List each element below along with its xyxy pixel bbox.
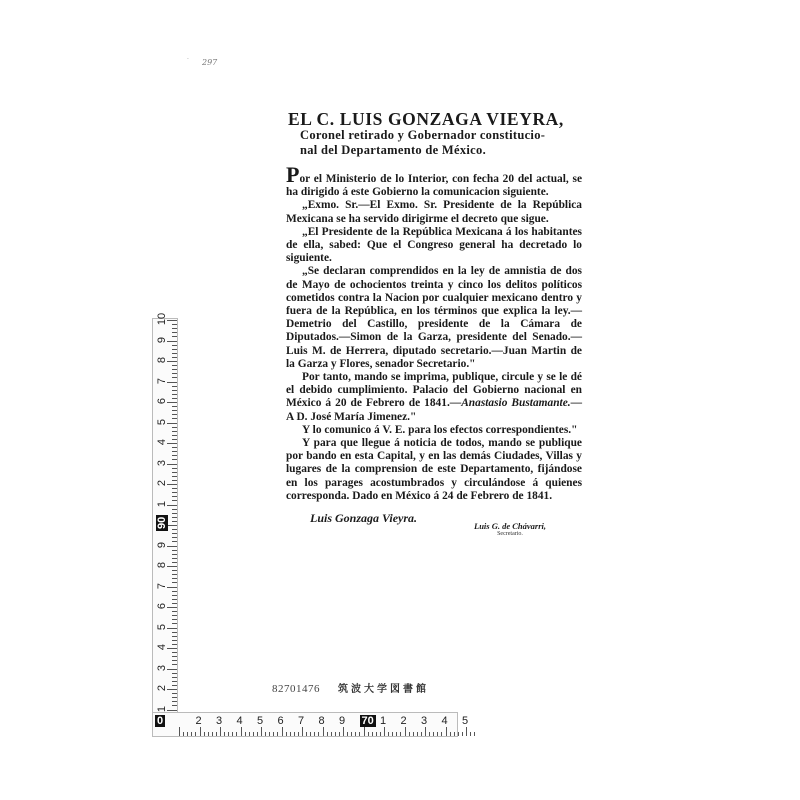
- secretary-signature: Luis G. de Chávarri, Secretario.: [474, 521, 546, 537]
- ruler-label: 8: [319, 715, 325, 727]
- ruler-tick: [191, 732, 192, 736]
- ruler-tick: [368, 732, 369, 736]
- ruler-tick: [388, 732, 389, 736]
- ruler-tick: [437, 732, 438, 736]
- paragraph: Por el Ministerio de lo Interior, con fe…: [286, 168, 582, 199]
- ruler-tick: [172, 500, 177, 501]
- ruler-tick: [172, 455, 177, 456]
- ruler-tick: [172, 439, 177, 440]
- ruler-tick: [376, 732, 377, 736]
- ruler-tick: [331, 732, 332, 736]
- ruler-label: 2: [156, 681, 168, 695]
- ruler-tick: [372, 732, 373, 736]
- ruler-tick: [172, 476, 177, 477]
- catalog-number: 82701476: [272, 683, 320, 695]
- paragraph: Y lo comunico á V. E. para los efectos c…: [286, 424, 582, 437]
- ruler-tick: [172, 562, 177, 563]
- ruler-tick: [172, 652, 177, 653]
- ruler-tick: [172, 332, 177, 333]
- ruler-tick: [339, 732, 340, 736]
- ruler-tick: [172, 414, 177, 415]
- ruler-tick: [172, 324, 177, 325]
- ruler-tick: [425, 727, 426, 736]
- ruler-tick: [433, 732, 434, 736]
- ruler-tick: [241, 727, 242, 736]
- ruler-tick: [327, 732, 328, 736]
- document-title: EL C. LUIS GONZAGA VIEYRA,: [288, 110, 582, 128]
- ruler-label: 6: [278, 715, 284, 727]
- ruler-label: 9: [156, 538, 168, 552]
- ruler-tick: [172, 570, 177, 571]
- ruler-tick: [172, 574, 177, 575]
- paragraph: „Se declaran comprendidos en la ley de a…: [286, 265, 582, 371]
- ruler-label: 3: [216, 715, 222, 727]
- ruler-tick: [172, 390, 177, 391]
- ruler-tick: [172, 447, 177, 448]
- ruler-tick: [187, 732, 188, 736]
- ruler-tick: [286, 732, 287, 736]
- ruler-tick: [253, 732, 254, 736]
- ruler-tick: [245, 732, 246, 736]
- ruler-tick: [208, 732, 209, 736]
- ruler-tick: [290, 732, 291, 736]
- decree-document: EL C. LUIS GONZAGA VIEYRA, Coronel retir…: [286, 110, 582, 551]
- paragraph: Y para que llegue á noticia de todos, ma…: [286, 437, 582, 503]
- president-name: Anastasio Bustamante.: [461, 397, 570, 409]
- ruler-tick: [172, 480, 177, 481]
- ruler-tick: [172, 623, 177, 624]
- paragraph: Por tanto, mando se imprima, publique, c…: [286, 371, 582, 424]
- ruler-label: 4: [442, 715, 448, 727]
- ruler-tick: [172, 640, 177, 641]
- ruler-tick: [172, 644, 177, 645]
- document-body: Por el Ministerio de lo Interior, con fe…: [286, 168, 582, 503]
- ruler-tick: [470, 732, 471, 736]
- ruler-tick: [172, 345, 177, 346]
- ruler-tick: [167, 505, 177, 506]
- ruler-tick: [204, 732, 205, 736]
- ruler-tick: [216, 732, 217, 736]
- ruler-tick: [172, 488, 177, 489]
- ruler-tick: [302, 727, 303, 736]
- ruler-tick: [421, 732, 422, 736]
- ruler-tick: [343, 727, 344, 736]
- ruler-tick: [172, 697, 177, 698]
- ruler-tick: [167, 669, 177, 670]
- ruler-label: 9: [339, 715, 345, 727]
- ruler-tick: [277, 732, 278, 736]
- ruler-label: 7: [156, 374, 168, 388]
- ruler-label: 5: [156, 620, 168, 634]
- ruler-tick: [392, 732, 393, 736]
- page-number: 297: [202, 58, 217, 67]
- vertical-scale-ruler: 01234567899012345678910: [152, 318, 178, 736]
- ruler-tick: [167, 587, 177, 588]
- ruler-tick: [167, 525, 177, 526]
- ruler-tick: [172, 398, 177, 399]
- ruler-label: 5: [462, 715, 468, 727]
- ruler-tick: [466, 727, 467, 736]
- ruler-tick: [172, 517, 177, 518]
- ruler-tick: [167, 423, 177, 424]
- library-name: 筑波大学図書館: [338, 684, 429, 695]
- signature-block: Luis Gonzaga Vieyra. Luis G. de Chávarri…: [286, 511, 582, 551]
- subtitle-line: Coronel retirado y Gobernador constituci…: [300, 128, 582, 143]
- ruler-tick: [167, 484, 177, 485]
- ruler-tick: [172, 336, 177, 337]
- ruler-tick: [172, 673, 177, 674]
- ruler-tick: [474, 732, 475, 736]
- ruler-tick: [172, 599, 177, 600]
- ruler-tick: [172, 537, 177, 538]
- ruler-label: 2: [401, 715, 407, 727]
- ruler-tick: [294, 732, 295, 736]
- ruler-tick: [172, 578, 177, 579]
- ruler-tick: [172, 386, 177, 387]
- governor-signature: Luis Gonzaga Vieyra.: [310, 511, 417, 526]
- ruler-tick: [298, 732, 299, 736]
- ruler-tick: [172, 611, 177, 612]
- paragraph: „El Presidente de la República Mexicana …: [286, 226, 582, 266]
- ruler-tick: [167, 628, 177, 629]
- ruler-tick: [167, 546, 177, 547]
- ruler-tick: [409, 732, 410, 736]
- ruler-tick: [269, 732, 270, 736]
- ruler-tick: [172, 533, 177, 534]
- ruler-label: 4: [237, 715, 243, 727]
- ruler-tick: [172, 369, 177, 370]
- ruler-label: 2: [156, 476, 168, 490]
- ruler-tick: [172, 353, 177, 354]
- ruler-tick: [172, 541, 177, 542]
- ruler-tick: [413, 732, 414, 736]
- ruler-tick: [172, 705, 177, 706]
- ruler-tick: [380, 732, 381, 736]
- ruler-tick: [172, 550, 177, 551]
- ruler-tick: [172, 509, 177, 510]
- ruler-tick: [172, 373, 177, 374]
- ruler-label: 6: [156, 599, 168, 613]
- ruler-tick: [172, 431, 177, 432]
- ruler-tick: [167, 361, 177, 362]
- ruler-tick: [172, 406, 177, 407]
- ruler-tick: [232, 732, 233, 736]
- ruler-tick: [310, 732, 311, 736]
- ruler-tick: [172, 377, 177, 378]
- ruler-tick: [351, 732, 352, 736]
- ruler-tick: [364, 727, 365, 736]
- ruler-tick: [167, 320, 177, 321]
- ruler-tick: [167, 710, 177, 711]
- ruler-tick: [172, 632, 177, 633]
- ruler-tick: [172, 656, 177, 657]
- ruler-tick: [212, 732, 213, 736]
- ruler-tick: [458, 732, 459, 736]
- ruler-tick: [282, 727, 283, 736]
- secretary-name: Luis G. de Chávarri,: [474, 521, 546, 531]
- ruler-tick: [172, 591, 177, 592]
- ruler-tick: [172, 496, 177, 497]
- ruler-tick: [172, 349, 177, 350]
- ruler-tick: [167, 464, 177, 465]
- ruler-tick: [335, 732, 336, 736]
- ruler-tick: [347, 732, 348, 736]
- ruler-tick: [172, 459, 177, 460]
- ruler-tick: [405, 727, 406, 736]
- ruler-tick: [172, 418, 177, 419]
- ruler-tick: [323, 727, 324, 736]
- ruler-label: 5: [257, 715, 263, 727]
- library-stamp: 82701476筑波大学図書館: [272, 680, 429, 695]
- ruler-tick: [172, 521, 177, 522]
- ruler-tick: [172, 595, 177, 596]
- ruler-tick: [318, 732, 319, 736]
- ruler-tick: [454, 732, 455, 736]
- ruler-label: 7: [298, 715, 304, 727]
- ruler-tick: [172, 582, 177, 583]
- ruler-label: 10: [156, 312, 168, 326]
- ruler-tick: [359, 732, 360, 736]
- ruler-tick: [172, 603, 177, 604]
- subtitle-line: nal del Departamento de México.: [300, 143, 582, 158]
- ruler-tick: [167, 402, 177, 403]
- ruler-tick: [400, 732, 401, 736]
- ruler-tick: [261, 727, 262, 736]
- ruler-label: 8: [156, 353, 168, 367]
- ruler-label: 4: [156, 435, 168, 449]
- ruler-tick: [172, 468, 177, 469]
- ruler-label: 90: [156, 517, 168, 531]
- ruler-tick: [441, 732, 442, 736]
- ruler-tick: [462, 732, 463, 736]
- ruler-tick: [167, 689, 177, 690]
- ruler-tick: [167, 443, 177, 444]
- ruler-tick: [172, 615, 177, 616]
- ruler-tick: [257, 732, 258, 736]
- ruler-label: 1: [156, 497, 168, 511]
- ruler-label: 1: [380, 715, 386, 727]
- ruler-label: 70: [360, 715, 376, 727]
- ruler-tick: [167, 341, 177, 342]
- ruler-label: 3: [156, 661, 168, 675]
- ruler-tick: [172, 664, 177, 665]
- ruler-tick: [167, 648, 177, 649]
- ruler-tick: [167, 566, 177, 567]
- ruler-tick: [195, 732, 196, 736]
- ruler-tick: [172, 554, 177, 555]
- ruler-tick: [355, 732, 356, 736]
- ruler-label: 4: [156, 640, 168, 654]
- ruler-tick: [172, 636, 177, 637]
- ruler-tick: [172, 529, 177, 530]
- document-subtitle: Coronel retirado y Gobernador constituci…: [300, 128, 582, 158]
- ruler-tick: [183, 732, 184, 736]
- ruler-tick: [172, 365, 177, 366]
- drop-cap: P: [286, 162, 299, 187]
- ruler-tick: [172, 427, 177, 428]
- ruler-label: 5: [156, 415, 168, 429]
- ruler-tick: [172, 435, 177, 436]
- ruler-tick: [167, 607, 177, 608]
- ruler-label: 2: [196, 715, 202, 727]
- ruler-tick: [172, 394, 177, 395]
- ruler-tick: [265, 732, 266, 736]
- ruler-tick: [172, 685, 177, 686]
- ruler-tick: [172, 693, 177, 694]
- ruler-tick: [172, 410, 177, 411]
- ruler-tick: [172, 328, 177, 329]
- ruler-tick: [224, 732, 225, 736]
- ruler-tick: [450, 732, 451, 736]
- ruler-label: 3: [156, 456, 168, 470]
- scan-speck: ·: [187, 56, 189, 63]
- ruler-tick: [236, 732, 237, 736]
- horizontal-scale-ruler: 0234567897012345: [152, 712, 458, 737]
- ruler-tick: [172, 681, 177, 682]
- ruler-label: 8: [156, 558, 168, 572]
- ruler-tick: [228, 732, 229, 736]
- secretary-role: Secretario.: [474, 531, 546, 537]
- ruler-tick: [446, 727, 447, 736]
- ruler-label: 7: [156, 579, 168, 593]
- ruler-label: 3: [421, 715, 427, 727]
- ruler-tick: [179, 727, 180, 736]
- ruler-tick: [167, 382, 177, 383]
- ruler-tick: [172, 492, 177, 493]
- ruler-tick: [273, 732, 274, 736]
- ruler-label: 0: [155, 715, 165, 727]
- paragraph-text: or el Ministerio de lo Interior, con fec…: [286, 173, 582, 198]
- ruler-tick: [314, 732, 315, 736]
- ruler-tick: [220, 727, 221, 736]
- ruler-label: 9: [156, 333, 168, 347]
- ruler-tick: [384, 727, 385, 736]
- ruler-tick: [172, 701, 177, 702]
- ruler-tick: [172, 451, 177, 452]
- paragraph: „Exmo. Sr.—El Exmo. Sr. Presidente de la…: [286, 199, 582, 225]
- ruler-tick: [249, 732, 250, 736]
- ruler-label: 6: [156, 394, 168, 408]
- ruler-tick: [396, 732, 397, 736]
- ruler-tick: [200, 727, 201, 736]
- ruler-tick: [172, 513, 177, 514]
- ruler-tick: [306, 732, 307, 736]
- ruler-tick: [172, 619, 177, 620]
- ruler-tick: [172, 677, 177, 678]
- ruler-tick: [172, 472, 177, 473]
- ruler-tick: [417, 732, 418, 736]
- ruler-tick: [172, 660, 177, 661]
- ruler-tick: [172, 558, 177, 559]
- ruler-tick: [429, 732, 430, 736]
- ruler-tick: [172, 357, 177, 358]
